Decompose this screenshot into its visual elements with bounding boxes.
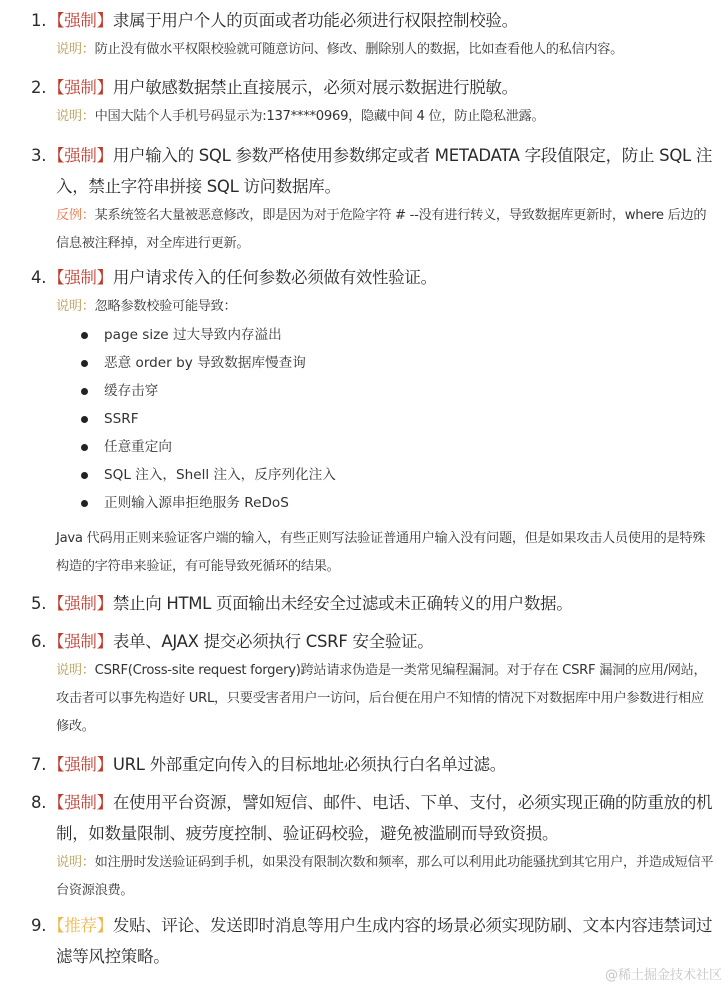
rule-note: 说明：忽略参数校验可能导致： (0, 293, 728, 321)
note-label: 说明： (56, 109, 95, 124)
mandatory-tag: 【强制】 (48, 146, 113, 165)
watermark: @稀土掘金技术社区 (605, 964, 722, 983)
mandatory-tag: 【强制】 (48, 632, 113, 651)
list-item: SSRF (0, 405, 728, 433)
rule-heading: 8. 【强制】在使用平台资源，譬如短信、邮件、电话、下单、支付，必须实现正确的防… (0, 787, 728, 849)
note-label: 说明： (56, 42, 95, 57)
rule-text: URL 外部重定向传入的目标地址必须执行白名单过滤。 (113, 755, 506, 774)
list-item: 恶意 order by 导致数据库慢查询 (0, 349, 728, 377)
list-item: page size 过大导致内存溢出 (0, 321, 728, 349)
list-item: 正则输入源串拒绝服务 ReDoS (0, 489, 728, 517)
mandatory-tag: 【强制】 (48, 755, 113, 774)
rule-1: 1. 【强制】隶属于用户个人的页面或者功能必须进行权限控制校验。 说明：防止没有… (0, 5, 728, 64)
note-label: 说明： (56, 299, 95, 314)
rule-number: 2. (31, 72, 46, 103)
note-text: CSRF(Cross-site request forgery)跨站请求伪造是一… (56, 663, 706, 734)
rule-number: 9. (31, 910, 46, 941)
note-text: 某系统签名大量被恶意修改，即是因为对于危险字符 # --没有进行转义，导致数据库… (56, 208, 706, 251)
rule-2: 2. 【强制】用户敏感数据禁止直接展示，必须对展示数据进行脱敏。 说明：中国大陆… (0, 72, 728, 131)
rule-counterexample: 反例：某系统签名大量被恶意修改，即是因为对于危险字符 # --没有进行转义，导致… (0, 202, 728, 258)
counterexample-label: 反例： (56, 208, 95, 223)
rule-8: 8. 【强制】在使用平台资源，譬如短信、邮件、电话、下单、支付，必须实现正确的防… (0, 787, 728, 905)
rule-5: 5. 【强制】禁止向 HTML 页面输出未经安全过滤或未正确转义的用户数据。 (0, 588, 728, 619)
rule-text: 发贴、评论、发送即时消息等用户生成内容的场景必须实现防刷、文本内容违禁词过滤等风… (56, 916, 712, 966)
note-text: 如注册时发送验证码到手机，如果没有限制次数和频率，那么可以利用此功能骚扰到其它用… (56, 855, 713, 898)
recommended-tag: 【推荐】 (48, 916, 113, 935)
note-text: 中国大陆个人手机号码显示为:137****0969，隐藏中间 4 位，防止隐私泄… (95, 109, 545, 124)
rule-number: 1. (31, 5, 46, 36)
rule-number: 3. (31, 140, 46, 171)
note-text: 防止没有做水平权限校验就可随意访问、修改、删除别人的数据，比如查看他人的私信内容… (95, 42, 623, 57)
list-item: SQL 注入，Shell 注入，反序列化注入 (0, 461, 728, 489)
rule-number: 6. (31, 626, 46, 657)
rule-4: 4. 【强制】用户请求传入的任何参数必须做有效性验证。 说明：忽略参数校验可能导… (0, 262, 728, 581)
note-label: 说明： (56, 663, 95, 678)
note-label: 说明： (56, 855, 95, 870)
rule-number: 8. (31, 787, 46, 818)
note-text: 忽略参数校验可能导致： (95, 299, 237, 314)
mandatory-tag: 【强制】 (48, 594, 113, 613)
rule-heading: 9. 【推荐】发贴、评论、发送即时消息等用户生成内容的场景必须实现防刷、文本内容… (0, 910, 728, 972)
rule-heading: 6. 【强制】表单、AJAX 提交必须执行 CSRF 安全验证。 (0, 626, 728, 657)
rule-heading: 4. 【强制】用户请求传入的任何参数必须做有效性验证。 (0, 262, 728, 293)
rule-3: 3. 【强制】用户输入的 SQL 参数严格使用参数绑定或者 METADATA 字… (0, 140, 728, 258)
rule-heading: 1. 【强制】隶属于用户个人的页面或者功能必须进行权限控制校验。 (0, 5, 728, 36)
list-item: 任意重定向 (0, 433, 728, 461)
rule-7: 7. 【强制】URL 外部重定向传入的目标地址必须执行白名单过滤。 (0, 749, 728, 780)
rule-note: 说明：防止没有做水平权限校验就可随意访问、修改、删除别人的数据，比如查看他人的私… (0, 36, 728, 64)
rule-text: 用户请求传入的任何参数必须做有效性验证。 (113, 268, 437, 287)
mandatory-tag: 【强制】 (48, 78, 113, 97)
rule-note: 说明：如注册时发送验证码到手机，如果没有限制次数和频率，那么可以利用此功能骚扰到… (0, 849, 728, 905)
mandatory-tag: 【强制】 (48, 268, 113, 287)
rule-number: 5. (31, 588, 46, 619)
rule-text: 在使用平台资源，譬如短信、邮件、电话、下单、支付，必须实现正确的防重放的机制，如… (56, 793, 712, 843)
list-item: 缓存击穿 (0, 377, 728, 405)
rule-text: 禁止向 HTML 页面输出未经安全过滤或未正确转义的用户数据。 (113, 594, 573, 613)
consequence-list: page size 过大导致内存溢出 恶意 order by 导致数据库慢查询 … (0, 321, 728, 517)
rule-text: 表单、AJAX 提交必须执行 CSRF 安全验证。 (113, 632, 434, 651)
rule-text: 用户敏感数据禁止直接展示，必须对展示数据进行脱敏。 (113, 78, 518, 97)
rule-number: 7. (31, 749, 46, 780)
rule-note: 说明：CSRF(Cross-site request forgery)跨站请求伪… (0, 657, 728, 741)
rule-note: 说明：中国大陆个人手机号码显示为:137****0969，隐藏中间 4 位，防止… (0, 103, 728, 131)
rule-6: 6. 【强制】表单、AJAX 提交必须执行 CSRF 安全验证。 说明：CSRF… (0, 626, 728, 741)
mandatory-tag: 【强制】 (48, 11, 113, 30)
rule-heading: 7. 【强制】URL 外部重定向传入的目标地址必须执行白名单过滤。 (0, 749, 728, 780)
rule-heading: 2. 【强制】用户敏感数据禁止直接展示，必须对展示数据进行脱敏。 (0, 72, 728, 103)
rule-heading: 5. 【强制】禁止向 HTML 页面输出未经安全过滤或未正确转义的用户数据。 (0, 588, 728, 619)
rule-9: 9. 【推荐】发贴、评论、发送即时消息等用户生成内容的场景必须实现防刷、文本内容… (0, 910, 728, 972)
rule-text: 隶属于用户个人的页面或者功能必须进行权限控制校验。 (113, 11, 518, 30)
rule-number: 4. (31, 262, 46, 293)
mandatory-tag: 【强制】 (48, 793, 113, 812)
rule-extra-text: Java 代码用正则来验证客户端的输入，有些正则写法验证普通用户输入没有问题，但… (0, 525, 728, 581)
rule-text: 用户输入的 SQL 参数严格使用参数绑定或者 METADATA 字段值限定，防止… (56, 146, 712, 196)
rule-heading: 3. 【强制】用户输入的 SQL 参数严格使用参数绑定或者 METADATA 字… (0, 140, 728, 202)
